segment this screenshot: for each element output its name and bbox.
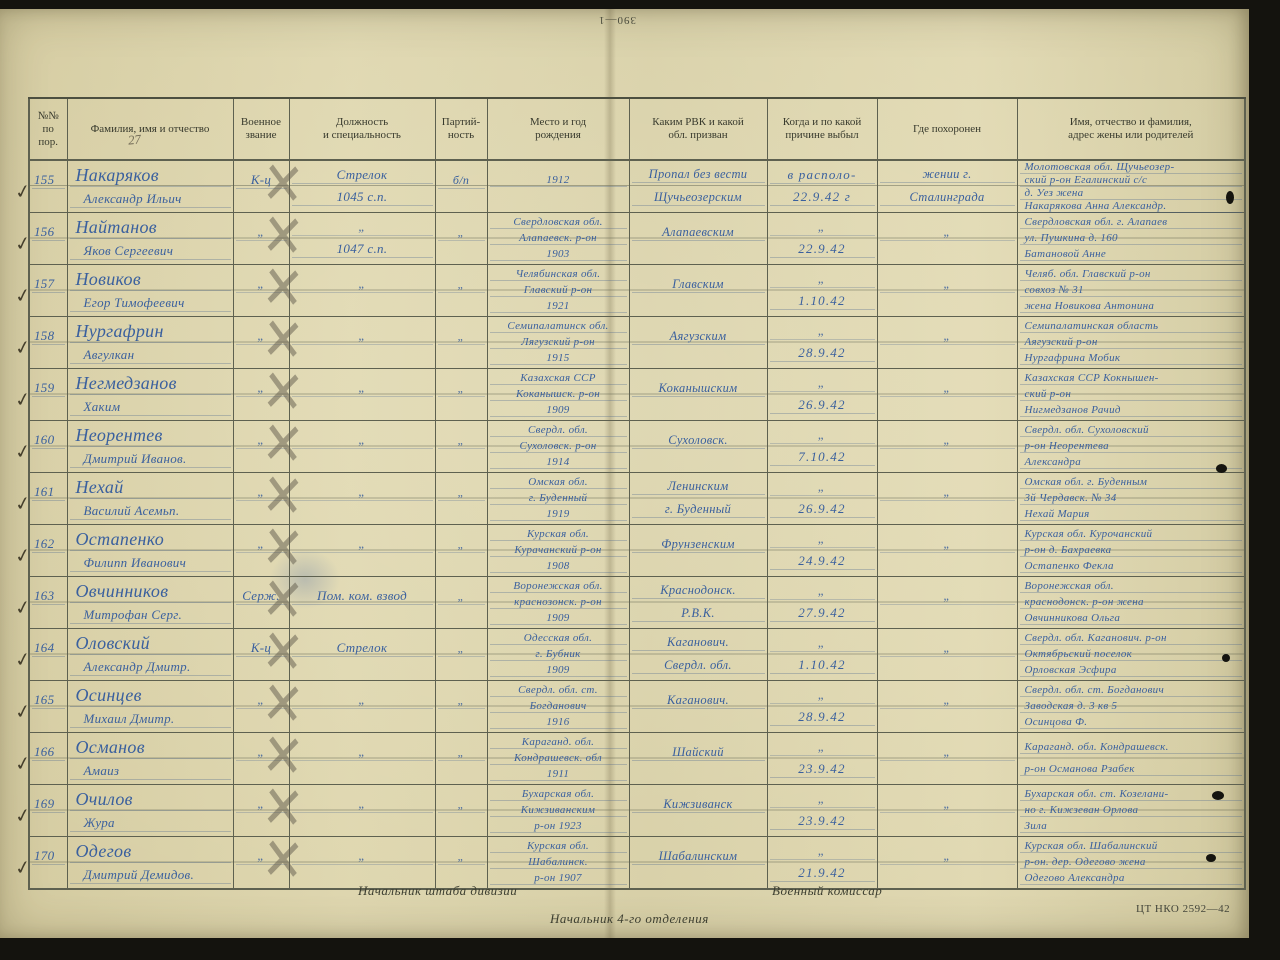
given-names: Хаким: [70, 399, 231, 416]
cell-line: „: [880, 589, 1015, 605]
cell-line: б/п: [438, 173, 485, 189]
check-mark: ✓: [13, 284, 33, 309]
cell-line: Стрелок: [292, 640, 433, 657]
cell-rank: „✕: [233, 525, 289, 577]
cell-line: Ленинским: [632, 479, 765, 495]
cell-name: НеорентевДмитрий Иванов.: [67, 421, 233, 473]
cell-loss-date: „22.9.42: [767, 213, 877, 265]
cell-line: краснодонск. р-он жена: [1020, 596, 1243, 609]
cell-line: Свердл. обл. ст.: [490, 684, 627, 697]
cell-line: Курачанский р-он: [490, 544, 627, 557]
cell-line: „: [880, 693, 1015, 709]
cell-row-number: ✓169: [29, 785, 67, 837]
cell-loss-date: „28.9.42: [767, 317, 877, 369]
cell-loss-date: „23.9.42: [767, 733, 877, 785]
cell-line: „: [438, 485, 485, 501]
cell-line: „: [438, 433, 485, 449]
cell-drafted-by: Алапаевским: [629, 213, 767, 265]
given-names: Яков Сергеевич: [70, 243, 231, 260]
cell-line: Коканышск. р-он: [490, 388, 627, 401]
cell-line: 1.10.42: [770, 657, 875, 674]
cell-line: „: [770, 635, 875, 652]
cell-loss-date: „26.9.42: [767, 369, 877, 421]
cell-line: Фрунзенским: [632, 537, 765, 553]
cell-row-number: ✓158: [29, 317, 67, 369]
cell-line: Караганд. обл.: [490, 736, 627, 749]
cell-row-number: ✓164: [29, 629, 67, 681]
table-header: №№ по пор.Фамилия, имя и отчествоВоенное…: [29, 98, 1245, 160]
cell-loss-date: „24.9.42: [767, 525, 877, 577]
cell-party: „: [435, 785, 487, 837]
cell-line: жении г.: [880, 167, 1015, 183]
cell-line: „: [292, 536, 433, 553]
cell-line: совхоз № 31: [1020, 284, 1243, 297]
cell-loss-date: „1.10.42: [767, 629, 877, 681]
cell-line: Молотовская обл. Щучьеозер-: [1020, 161, 1243, 174]
cell-line: „: [438, 589, 485, 605]
cell-drafted-by: Каганович.: [629, 681, 767, 733]
surname: Найтанов: [70, 217, 231, 239]
table-row: ✓159НегмедзановХаким„✕„„Казахская ССРКок…: [29, 369, 1245, 421]
cell-line: Нигмедзанов Рачид: [1020, 404, 1243, 417]
cell-line: Бухарская обл.: [490, 788, 627, 801]
cell-party: „: [435, 525, 487, 577]
cell-line: г. Буденный: [490, 492, 627, 505]
cell-line: Сухоловск.: [632, 433, 765, 449]
cell-name: НовиковЕгор Тимофеевич: [67, 265, 233, 317]
cell-line: 1911: [490, 768, 627, 781]
cell-line: 21.9.42: [770, 865, 875, 882]
cell-line: Кижзиванским: [490, 804, 627, 817]
cell-line: 1909: [490, 612, 627, 625]
cell-line: 23.9.42: [770, 813, 875, 830]
surname: Нехай: [70, 477, 231, 499]
cell-line: Семипалатинская область: [1020, 320, 1243, 333]
cell-position: „: [289, 317, 435, 369]
cell-line: „: [880, 277, 1015, 293]
cell-line: „: [438, 225, 485, 241]
cell-line: Свердл. обл. ст. Богданович: [1020, 684, 1243, 697]
cell-line: Кондрашевск. обл: [490, 752, 627, 765]
cell-line: „: [438, 745, 485, 761]
check-mark: ✓: [13, 440, 33, 465]
cell-line: Заводская д. 3 кв 5: [1020, 700, 1243, 713]
cell-drafted-by: Коканышским: [629, 369, 767, 421]
cell-line: 1909: [490, 404, 627, 417]
cell-line: Воронежская обл.: [490, 580, 627, 593]
cell-row-number: ✓166: [29, 733, 67, 785]
cell-burial-place: „: [877, 785, 1017, 837]
cell-line: в располо-: [770, 167, 875, 184]
cell-line: 22.9.42: [770, 241, 875, 258]
cell-party: „: [435, 473, 487, 525]
cell-line: 1916: [490, 716, 627, 729]
cell-line: д. Уез жена: [1020, 187, 1243, 200]
cell-line: 26.9.42: [770, 501, 875, 518]
cell-loss-date: „1.10.42: [767, 265, 877, 317]
cell-line: „: [770, 687, 875, 704]
cell-line: Лягузский р-он: [490, 336, 627, 349]
cell-line: „: [236, 432, 287, 449]
cell-party: „: [435, 265, 487, 317]
cell-line: „: [770, 531, 875, 548]
cell-line: ул. Пушкина д. 160: [1020, 232, 1243, 245]
paper-hole: [1206, 854, 1216, 862]
cell-birthplace: Челябинская обл.Главский р-он1921: [487, 265, 629, 317]
column-header: Военное звание: [233, 98, 289, 160]
cell-line: Курская обл. Шабалинский: [1020, 840, 1243, 853]
cell-line: Коканышским: [632, 381, 765, 397]
cell-burial-place: „: [877, 837, 1017, 890]
cell-line: „: [292, 484, 433, 501]
cell-family-address: Казахская ССР Кокнышен-ский р-онНигмедза…: [1017, 369, 1245, 421]
table-row: ✓165ОсинцевМихаил Дмитр.„✕„„Свердл. обл.…: [29, 681, 1245, 733]
cell-name: НегмедзановХаким: [67, 369, 233, 421]
cell-line: Орловская Эсфира: [1020, 664, 1243, 677]
cell-family-address: Караганд. обл. Кондрашевск.р-он Османова…: [1017, 733, 1245, 785]
cell-position: „: [289, 421, 435, 473]
cell-family-address: Семипалатинская областьАягузский р-онНур…: [1017, 317, 1245, 369]
row-number: 159: [32, 380, 65, 397]
cell-line: „: [880, 797, 1015, 813]
cell-birthplace: Бухарская обл.Кижзиванскимр-он 1923: [487, 785, 629, 837]
cell-line: Свердловская обл. г. Алапаев: [1020, 216, 1243, 229]
cell-line: Свердловская обл.: [490, 216, 627, 229]
check-mark: ✓: [13, 804, 33, 829]
paper-hole: [1212, 791, 1224, 800]
cell-drafted-by: Аягузским: [629, 317, 767, 369]
column-header: Когда и по какой причине выбыл: [767, 98, 877, 160]
cell-line: „: [770, 843, 875, 860]
cell-rank: „✕: [233, 369, 289, 421]
cell-line: Нургафрина Мобик: [1020, 352, 1243, 365]
cell-drafted-by: Ленинскимг. Буденный: [629, 473, 767, 525]
cell-rank: „✕: [233, 681, 289, 733]
cell-position: „: [289, 369, 435, 421]
cell-birthplace: 1912: [487, 160, 629, 213]
check-mark: ✓: [13, 596, 33, 621]
cell-line: Челяб. обл. Главский р-он: [1020, 268, 1243, 281]
cell-line: Стрелок: [292, 167, 433, 184]
cell-line: „: [880, 537, 1015, 553]
cell-rank: К-ц✕: [233, 160, 289, 213]
cell-line: Овчинникова Ольга: [1020, 612, 1243, 625]
check-mark: ✓: [13, 336, 33, 361]
check-mark: ✓: [13, 232, 33, 257]
cell-line: Пропал без вести: [632, 167, 765, 183]
cell-line: Алапаевским: [632, 225, 765, 241]
surname: Одегов: [70, 841, 231, 863]
cell-rank: „✕: [233, 733, 289, 785]
cell-line: 1919: [490, 508, 627, 521]
given-names: Александр Дмитр.: [70, 659, 231, 676]
row-number: 158: [32, 328, 65, 345]
cell-row-number: ✓157: [29, 265, 67, 317]
cell-line: „: [770, 791, 875, 808]
cell-line: „: [236, 276, 287, 293]
cell-burial-place: „: [877, 525, 1017, 577]
cell-line: 24.9.42: [770, 553, 875, 570]
cell-name: НакаряковАлександр Ильич: [67, 160, 233, 213]
cell-name: НехайВасилий Асемьп.: [67, 473, 233, 525]
cell-name: ОдеговДмитрий Демидов.: [67, 837, 233, 890]
check-mark: ✓: [13, 648, 33, 673]
cell-line: Семипалатинск обл.: [490, 320, 627, 333]
cell-burial-place: „: [877, 681, 1017, 733]
cell-line: „: [770, 271, 875, 288]
cell-line: „: [236, 796, 287, 813]
given-names: Василий Асемьп.: [70, 503, 231, 520]
cell-line: 7.10.42: [770, 449, 875, 466]
row-number: 169: [32, 796, 65, 813]
table-row: ✓166ОсмановАмаиз„✕„„Караганд. обл.Кондра…: [29, 733, 1245, 785]
cell-party: „: [435, 421, 487, 473]
signature-chief-4th-section: Начальник 4-го отделения: [550, 911, 709, 927]
column-header: Где похоронен: [877, 98, 1017, 160]
cell-line: „: [438, 693, 485, 709]
cell-line: 1915: [490, 352, 627, 365]
cell-party: „: [435, 577, 487, 629]
table-row: ✓158НургафринАвгулкан„✕„„Семипалатинск о…: [29, 317, 1245, 369]
cell-line: 28.9.42: [770, 709, 875, 726]
check-mark: ✓: [13, 180, 33, 205]
cell-line: „: [292, 848, 433, 865]
table-row: ✓161НехайВасилий Асемьп.„✕„„Омская обл.г…: [29, 473, 1245, 525]
signature-commissar: Военный комиссар: [772, 883, 882, 899]
cell-line: жена Новикова Антонина: [1020, 300, 1243, 313]
cell-row-number: ✓162: [29, 525, 67, 577]
surname: Накаряков: [70, 165, 231, 187]
cell-line: К-ц: [236, 640, 287, 657]
cell-birthplace: Свердловская обл.Алапаевск. р-он1903: [487, 213, 629, 265]
cell-line: „: [770, 323, 875, 340]
cell-line: „: [770, 739, 875, 756]
cell-party: „: [435, 213, 487, 265]
cell-line: „: [292, 219, 433, 236]
cell-family-address: Молотовская обл. Щучьеозер-ский р-он Ега…: [1017, 160, 1245, 213]
cell-party: б/п: [435, 160, 487, 213]
cell-line: „: [438, 641, 485, 657]
table-row: ✓162ОстапенкоФилипп Иванович„✕„„Курская …: [29, 525, 1245, 577]
cell-line: 1908: [490, 560, 627, 573]
paper-hole: [1226, 191, 1234, 204]
table-row: ✓163ОвчинниковМитрофан Серг.Серж.✕Пом. к…: [29, 577, 1245, 629]
cell-line: Казахская ССР Кокнышен-: [1020, 372, 1243, 385]
cell-family-address: Омская обл. г. Буденным3й Чердавск. № 34…: [1017, 473, 1245, 525]
cell-name: НургафринАвгулкан: [67, 317, 233, 369]
cell-burial-place: „: [877, 421, 1017, 473]
cell-position: Стрелок: [289, 629, 435, 681]
cell-burial-place: жении г.Сталинграда: [877, 160, 1017, 213]
cell-drafted-by: Шабалинским: [629, 837, 767, 890]
cell-drafted-by: Фрунзенским: [629, 525, 767, 577]
column-header: Фамилия, имя и отчество: [67, 98, 233, 160]
cell-line: 28.9.42: [770, 345, 875, 362]
cell-drafted-by: Краснодонск.Р.В.К.: [629, 577, 767, 629]
cell-position: „: [289, 265, 435, 317]
cell-name: ОстапенкоФилипп Иванович: [67, 525, 233, 577]
cell-line: 1.10.42: [770, 293, 875, 310]
cell-line: ский р-он: [1020, 388, 1243, 401]
table-row: ✓169ОчиловЖура„✕„„Бухарская обл.Кижзиван…: [29, 785, 1245, 837]
cell-line: 27.9.42: [770, 605, 875, 622]
cell-rank: К-ц✕: [233, 629, 289, 681]
cell-line: „: [438, 797, 485, 813]
cell-rank: „✕: [233, 317, 289, 369]
cell-row-number: ✓155: [29, 160, 67, 213]
cell-line: „: [236, 224, 287, 241]
cell-line: „: [292, 692, 433, 709]
cell-line: Кижзиванск: [632, 797, 765, 813]
row-number: 164: [32, 640, 65, 657]
cell-line: Шабалинск.: [490, 856, 627, 869]
surname: Осинцев: [70, 685, 231, 707]
cell-line: Челябинская обл.: [490, 268, 627, 281]
cell-position: „: [289, 681, 435, 733]
cell-row-number: ✓159: [29, 369, 67, 421]
cell-family-address: Воронежская обл.краснодонск. р-он женаОв…: [1017, 577, 1245, 629]
cell-position: „: [289, 525, 435, 577]
cell-line: Воронежская обл.: [1020, 580, 1243, 593]
paper-sheet: 390—1 27 №№ по пор.Фамилия, имя и отчест…: [0, 9, 1249, 938]
cell-line: „: [880, 485, 1015, 501]
cell-line: „: [880, 433, 1015, 449]
cell-line: Свердл. обл. Каганович. р-он: [1020, 632, 1243, 645]
cell-party: „: [435, 733, 487, 785]
cell-line: „: [770, 375, 875, 392]
column-header: Место и год рождения: [487, 98, 629, 160]
cell-line: „: [438, 329, 485, 345]
cell-loss-date: „28.9.42: [767, 681, 877, 733]
cell-line: 26.9.42: [770, 397, 875, 414]
row-number: 163: [32, 588, 65, 605]
cell-line: Главским: [632, 277, 765, 293]
column-header: Имя, отчество и фамилия, адрес жены или …: [1017, 98, 1245, 160]
paper-hole: [1222, 654, 1230, 662]
cell-line: „: [292, 744, 433, 761]
cell-party: „: [435, 369, 487, 421]
cell-line: „: [236, 484, 287, 501]
cell-line: Бухарская обл. ст. Козелани-: [1020, 788, 1243, 801]
cell-rank: Серж.✕: [233, 577, 289, 629]
cell-line: 23.9.42: [770, 761, 875, 778]
paper-hole: [1216, 464, 1227, 473]
cell-line: „: [880, 225, 1015, 241]
cell-family-address: Свердл. обл. Каганович. р-онОктябрьский …: [1017, 629, 1245, 681]
cell-line: Одесская обл.: [490, 632, 627, 645]
cell-line: „: [292, 796, 433, 813]
cell-line: краснозонск. р-он: [490, 596, 627, 609]
cell-line: 3й Чердавск. № 34: [1020, 492, 1243, 505]
row-number: 166: [32, 744, 65, 761]
cell-line: „: [880, 381, 1015, 397]
cell-line: 1903: [490, 248, 627, 261]
cell-line: Пом. ком. взвод: [292, 588, 433, 605]
cell-birthplace: Свердл. обл.Сухоловск. р-он1914: [487, 421, 629, 473]
cell-burial-place: „: [877, 473, 1017, 525]
cell-line: Осинцова Ф.: [1020, 716, 1243, 729]
cell-burial-place: „: [877, 213, 1017, 265]
cell-drafted-by: Сухоловск.: [629, 421, 767, 473]
cell-line: 1047 с.п.: [292, 241, 433, 258]
cell-loss-date: „7.10.42: [767, 421, 877, 473]
cell-line: Сухоловск. р-он: [490, 440, 627, 453]
cell-line: Главский р-он: [490, 284, 627, 297]
cell-loss-date: „27.9.42: [767, 577, 877, 629]
cell-line: „: [438, 381, 485, 397]
surname: Овчинников: [70, 581, 231, 603]
cell-row-number: ✓156: [29, 213, 67, 265]
cell-family-address: Курская обл. Шабалинскийр-он. дер. Одего…: [1017, 837, 1245, 890]
cell-line: „: [770, 219, 875, 236]
cell-burial-place: „: [877, 733, 1017, 785]
cell-burial-place: „: [877, 629, 1017, 681]
cell-name: ОсинцевМихаил Дмитр.: [67, 681, 233, 733]
surname: Нургафрин: [70, 321, 231, 343]
cell-line: „: [236, 848, 287, 865]
cell-name: ОловскийАлександр Дмитр.: [67, 629, 233, 681]
cell-line: р-он Османова Рзабек: [1020, 763, 1243, 776]
cell-loss-date: „26.9.42: [767, 473, 877, 525]
cell-birthplace: Свердл. обл. ст.Богданович1916: [487, 681, 629, 733]
check-mark: ✓: [13, 700, 33, 725]
given-names: Авгулкан: [70, 347, 231, 364]
cell-line: „: [880, 745, 1015, 761]
cell-line: 1914: [490, 456, 627, 469]
cell-line: „: [236, 328, 287, 345]
cell-party: „: [435, 629, 487, 681]
given-names: Филипп Иванович: [70, 555, 231, 572]
casualty-register-table: №№ по пор.Фамилия, имя и отчествоВоенное…: [28, 97, 1246, 890]
cell-party: „: [435, 317, 487, 369]
cell-drafted-by: Главским: [629, 265, 767, 317]
cell-line: Богданович: [490, 700, 627, 713]
cell-position: „: [289, 837, 435, 890]
cell-birthplace: Казахская ССРКоканышск. р-он1909: [487, 369, 629, 421]
given-names: Митрофан Серг.: [70, 607, 231, 624]
cell-party: „: [435, 837, 487, 890]
cell-row-number: ✓160: [29, 421, 67, 473]
row-number: 162: [32, 536, 65, 553]
cell-line: Курская обл.: [490, 528, 627, 541]
cell-birthplace: Одесская обл.г. Бубник1909: [487, 629, 629, 681]
cell-line: 1912: [490, 174, 627, 187]
cell-line: „: [438, 277, 485, 293]
cell-line: 1909: [490, 664, 627, 677]
form-code: ЦТ НКО 2592—42: [1136, 903, 1230, 915]
cell-drafted-by: Шайский: [629, 733, 767, 785]
cell-birthplace: Караганд. обл.Кондрашевск. обл1911: [487, 733, 629, 785]
cell-rank: „✕: [233, 421, 289, 473]
cell-family-address: Свердловская обл. г. Алапаевул. Пушкина …: [1017, 213, 1245, 265]
cell-position: Стрелок1045 с.п.: [289, 160, 435, 213]
cell-line: Александра: [1020, 456, 1243, 469]
cell-loss-date: „23.9.42: [767, 785, 877, 837]
row-number: 165: [32, 692, 65, 709]
given-names: Михаил Дмитр.: [70, 711, 231, 728]
cell-line: Октябрьский поселок: [1020, 648, 1243, 661]
cell-family-address: Бухарская обл. ст. Козелани-но г. Кижзев…: [1017, 785, 1245, 837]
cell-burial-place: „: [877, 369, 1017, 421]
row-number: 160: [32, 432, 65, 449]
cell-line: „: [292, 380, 433, 397]
check-mark: ✓: [13, 492, 33, 517]
table-row: ✓170ОдеговДмитрий Демидов.„✕„„Курская об…: [29, 837, 1245, 890]
cell-line: р-он 1923: [490, 820, 627, 833]
cell-family-address: Свердл. обл. ст. БогдановичЗаводская д. …: [1017, 681, 1245, 733]
cell-birthplace: Семипалатинск обл.Лягузский р-он1915: [487, 317, 629, 369]
given-names: Жура: [70, 815, 231, 832]
